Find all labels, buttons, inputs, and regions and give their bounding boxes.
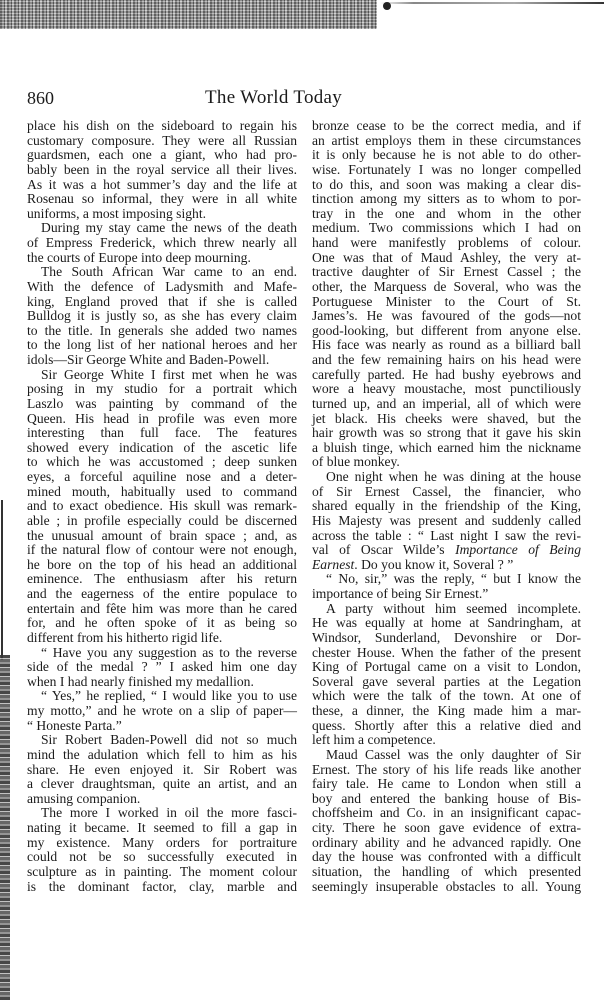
paragraph: A party without him seemed incomplete.He… (312, 602, 581, 748)
text-line: other, the Marquess de Soveral, who was … (312, 280, 581, 295)
scan-artifact-top (0, 0, 377, 29)
paragraph: place his dish on the sideboard to regai… (27, 119, 297, 221)
text-line: “ Yes,” he replied, “ I would like you t… (27, 689, 297, 704)
text-line: “ Have you any suggestion as to the reve… (27, 646, 297, 661)
text-line: A party without him seemed incomplete. (312, 602, 581, 617)
text-line: for, and he often spoke of it as being s… (27, 616, 297, 631)
text-line: able ; in profile especially could be di… (27, 514, 297, 529)
text-line: Queen. His head in profile was even more (27, 412, 297, 427)
text-line: customary composure. They were all Russi… (27, 134, 297, 149)
text-line: shared equally in the friendship of the … (312, 499, 581, 514)
text-line: carefully parted. He had bushy eyebrows … (312, 368, 581, 383)
paragraph: “ Yes,” he replied, “ I would like you t… (27, 689, 297, 733)
text-line: bably been in the royal service all thei… (27, 163, 297, 178)
text-line: choffsheim and Co. in an insignificant c… (312, 806, 581, 821)
text-line: which were the talk of the town. At one … (312, 689, 581, 704)
text-line: quess. Shortly after this a relative die… (312, 719, 581, 734)
paragraph: “ Have you any suggestion as to the reve… (27, 646, 297, 690)
text-line: Bulldog it is justly so, as she has ever… (27, 309, 297, 324)
text-line: Ernest. The story of his life reads like… (312, 763, 581, 778)
page-number: 860 (27, 86, 54, 110)
text-line: when I had nearly finished my medallion. (27, 675, 297, 690)
text-line: One night when he was dining at the hous… (312, 470, 581, 485)
text-line: val of Oscar Wilde’s Importance of Being (312, 543, 581, 558)
text-line: uniforms, a most imposing sight. (27, 207, 297, 222)
text-line: importance of being Sir Ernest.” (312, 587, 581, 602)
paragraph: Sir George White I first met when he was… (27, 368, 297, 646)
text-line: Maud Cassel was the only daughter of Sir (312, 748, 581, 763)
text-line: Rosenau so informal, they were in all wh… (27, 192, 297, 207)
text-line: situation, the handling of which present… (312, 865, 581, 880)
text-line: His Majesty was present and suddenly cal… (312, 514, 581, 529)
text-line: guardsmen, each one a giant, who had pro… (27, 148, 297, 163)
text-line: an artist employs them in these circumst… (312, 134, 581, 149)
paragraph: The more I worked in oil the more fasci-… (27, 806, 297, 894)
text-line: One was that of Maud Ashley, the very at… (312, 251, 581, 266)
left-column: place his dish on the sideboard to regai… (27, 119, 297, 894)
text-line: he bore on the top of his head an additi… (27, 558, 297, 573)
text-line: “ No, sir,” was the reply, “ but I know … (312, 572, 581, 587)
text-line: of blue monkey. (312, 455, 581, 470)
text-line: As it was a hot summer’s day and the lif… (27, 178, 297, 193)
text-line: side of the medal ? ” I asked him one da… (27, 660, 297, 675)
text-line: wore a heavy moustache, most punctilious… (312, 382, 581, 397)
text-line: different from his hitherto rigid life. (27, 631, 297, 646)
text-line: entertain and fête him was more than he … (27, 602, 297, 617)
text-line: a clever draughtsman, quite an artist, a… (27, 777, 297, 792)
text-line: place his dish on the sideboard to regai… (27, 119, 297, 134)
text-line: sculpture as in painting. The moment col… (27, 865, 297, 880)
text-line: is the dominant factor, clay, marble and (27, 880, 297, 895)
text-line: left him a competence. (312, 733, 581, 748)
text-line: King of Portugal came on a visit to Lond… (312, 660, 581, 675)
paragraph: Sir Robert Baden-Powell did not so muchm… (27, 733, 297, 806)
text-line: if the natural flow of contour were not … (27, 543, 297, 558)
text-line: He was equally at home at Sandringham, a… (312, 616, 581, 631)
text-line: good-looking, but different from anyone … (312, 324, 581, 339)
text-line: tractive daughter of Sir Ernest Cassel ;… (312, 265, 581, 280)
text-line: mined mouth, habitually used to command (27, 485, 297, 500)
text-line: a bluish tinge, which earned him the nic… (312, 441, 581, 456)
text-line: interesting than full face. The features (27, 426, 297, 441)
text-line: and to exact obedience. His skull was re… (27, 499, 297, 514)
text-line: could not be so successfully executed in (27, 850, 297, 865)
text-line: of Empress Frederick, which threw nearly… (27, 236, 297, 251)
text-line: eyes, a forceful aquiline nose and a det… (27, 470, 297, 485)
text-line: James’s. He was favoured of the gods—not (312, 309, 581, 324)
scan-artifact-dot (383, 2, 391, 10)
text-line: these, a dinner, the King made him a mar… (312, 704, 581, 719)
text-line: With the defence of Ladysmith and Mafe- (27, 280, 297, 295)
text-line: Portuguese Minister to the Court of St. (312, 295, 581, 310)
paragraph: “ No, sir,” was the reply, “ but I know … (312, 572, 581, 601)
text-line: posing in my studio for a portrait which (27, 382, 297, 397)
text-line: to which he was accustomed ; deep sunken (27, 455, 297, 470)
text-line: share. He even enjoyed it. Sir Robert wa… (27, 763, 297, 778)
text-line: Soveral gave several parties at the Lega… (312, 675, 581, 690)
text-line: my motto,” and he wrote on a slip of pap… (27, 704, 297, 719)
text-line: ordinary ability and he advanced rapidly… (312, 836, 581, 851)
text-line: His face was nearly as round as a billia… (312, 338, 581, 353)
text-line: Earnest. Do you know it, Soveral ? ” (312, 558, 581, 573)
text-line: the unusual amount of brain space ; and,… (27, 529, 297, 544)
page-edge-binding (0, 655, 10, 1000)
text-line: mind the adulation which fell to him as … (27, 748, 297, 763)
text-line: During my stay came the news of the deat… (27, 221, 297, 236)
text-line: tray in the one and whom in the other (312, 207, 581, 222)
text-line: and the few remaining hairs on his head … (312, 353, 581, 368)
scan-artifact-line (380, 2, 604, 4)
text-line: across the table : “ Last night I saw th… (312, 529, 581, 544)
text-line: seemingly insuperable obstacles to all. … (312, 880, 581, 895)
text-line: city. There he soon gave evidence of ext… (312, 821, 581, 836)
running-title: The World Today (205, 86, 342, 110)
text-line: nating it became. It seemed to fill a ga… (27, 821, 297, 836)
text-line: The more I worked in oil the more fasci- (27, 806, 297, 821)
text-line: hand were manifestly problems of colour. (312, 236, 581, 251)
text-line: to do this, and soon was making a clear … (312, 178, 581, 193)
text-line: chester House. When the father of the pr… (312, 646, 581, 661)
text-line: “ Honeste Parta.” (27, 719, 297, 734)
text-line: bronze cease to be the correct media, an… (312, 119, 581, 134)
text-line: amusing companion. (27, 792, 297, 807)
text-line: Sir Robert Baden-Powell did not so much (27, 733, 297, 748)
text-line: Windsor, Sunderland, Devonshire or Dor- (312, 631, 581, 646)
page-header: 860 The World Today (27, 86, 582, 110)
text-line: to the long list of her national heroes … (27, 338, 297, 353)
text-line: showed every indication of the ascetic l… (27, 441, 297, 456)
text-line: Sir George White I first met when he was (27, 368, 297, 383)
text-line: tinction among my sitters as to whom to … (312, 192, 581, 207)
paragraph: Maud Cassel was the only daughter of Sir… (312, 748, 581, 894)
text-line: day the house was confronted with a diff… (312, 850, 581, 865)
text-line: to the title. In generals she added two … (27, 324, 297, 339)
text-line: hair growth was so strong that it gave h… (312, 426, 581, 441)
text-line: idols—Sir George White and Baden-Powell. (27, 353, 297, 368)
right-column: bronze cease to be the correct media, an… (312, 119, 581, 894)
text-line: king, England proved that if she is call… (27, 295, 297, 310)
text-line: Laszlo was painting by command of the (27, 397, 297, 412)
text-line: The South African War came to an end. (27, 265, 297, 280)
text-line: the courts of Europe into deep mourning. (27, 251, 297, 266)
text-line: and the eagerness of the entire populace… (27, 587, 297, 602)
page-edge-line (1, 500, 3, 660)
text-line: of Sir Ernest Cassel, the financier, who (312, 485, 581, 500)
text-line: wise. Fortunately I was no longer compel… (312, 163, 581, 178)
text-line: my existence. Many orders for portraitur… (27, 836, 297, 851)
text-line: it is only because he is not able to do … (312, 148, 581, 163)
paragraph: During my stay came the news of the deat… (27, 221, 297, 265)
text-line: turned up, and an imperial, all of which… (312, 397, 581, 412)
text-line: fairy tale. He came to London when still… (312, 777, 581, 792)
paragraph: One night when he was dining at the hous… (312, 470, 581, 572)
paragraph: The South African War came to an end.Wit… (27, 265, 297, 367)
paragraph: bronze cease to be the correct media, an… (312, 119, 581, 470)
text-line: eminence. The enthusiasm after his retur… (27, 572, 297, 587)
text-line: jet black. His cheeks were shaved, but t… (312, 412, 581, 427)
text-line: medium. Two commissions which I had on (312, 221, 581, 236)
text-line: boy and entered the banking house of Bis… (312, 792, 581, 807)
